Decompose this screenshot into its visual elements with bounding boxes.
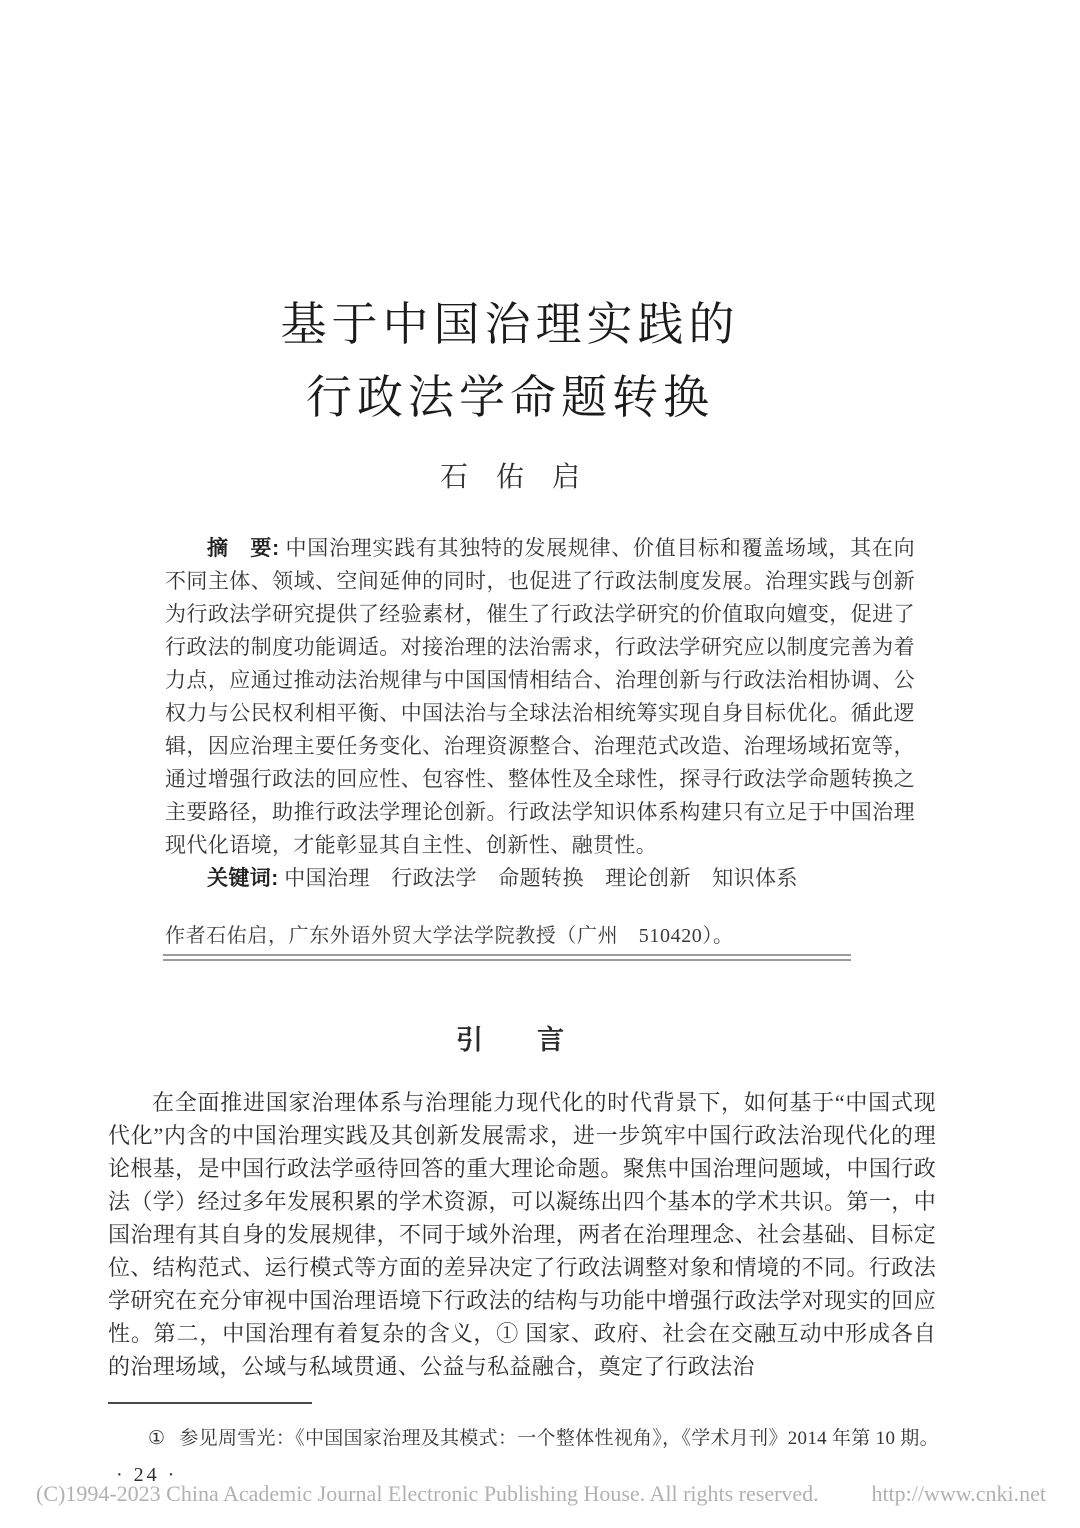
watermark-url: http://www.cnki.net [871, 1481, 1046, 1507]
keywords-label: 关键词: [207, 867, 279, 890]
section-heading-introduction: 引 言 [0, 1018, 1020, 1057]
abstract-paragraph: 摘 要: 中国治理实践有其独特的发展规律、价值目标和覆盖场域，其在向不同主体、领… [165, 532, 915, 862]
body-paragraph: 在全面推进国家治理体系与治理能力现代化的时代背景下，如何基于“中国式现代化”内含… [108, 1086, 936, 1383]
author-name: 石 佑 启 [0, 455, 1020, 495]
journal-article-page: 基于中国治理实践的 行政法学命题转换 石 佑 启 摘 要: 中国治理实践有其独特… [0, 0, 1080, 1528]
keywords-text: 中国治理 行政法学 命题转换 理论创新 知识体系 [284, 866, 798, 890]
footnote: ①参见周雪光：《中国国家治理及其模式：一个整体性视角》，《学术月刊》2014 年… [108, 1423, 946, 1450]
article-title-line-2: 行政法学命题转换 [0, 361, 1020, 434]
footnote-marker: ① [148, 1428, 165, 1449]
abstract-section: 摘 要: 中国治理实践有其独特的发展规律、价值目标和覆盖场域，其在向不同主体、领… [165, 532, 915, 895]
header-divider-rule [163, 954, 851, 961]
copyright-watermark: (C)1994-2023 China Academic Journal Elec… [36, 1481, 1046, 1507]
footnote-text: 参见周雪光：《中国国家治理及其模式：一个整体性视角》，《学术月刊》2014 年第… [179, 1428, 939, 1449]
abstract-text: 中国治理实践有其独特的发展规律、价值目标和覆盖场域，其在向不同主体、领域、空间延… [165, 536, 915, 857]
footnote-divider-rule [108, 1402, 312, 1404]
keywords-line: 关键词: 中国治理 行政法学 命题转换 理论创新 知识体系 [165, 862, 915, 895]
watermark-copyright-text: (C)1994-2023 China Academic Journal Elec… [36, 1481, 819, 1507]
author-affiliation-note: 作者石佑启，广东外语外贸大学法学院教授（广州 510420）。 [165, 919, 915, 948]
article-title: 基于中国治理实践的 行政法学命题转换 [0, 288, 1020, 434]
article-title-line-1: 基于中国治理实践的 [0, 288, 1020, 361]
abstract-label: 摘 要: [207, 537, 280, 560]
